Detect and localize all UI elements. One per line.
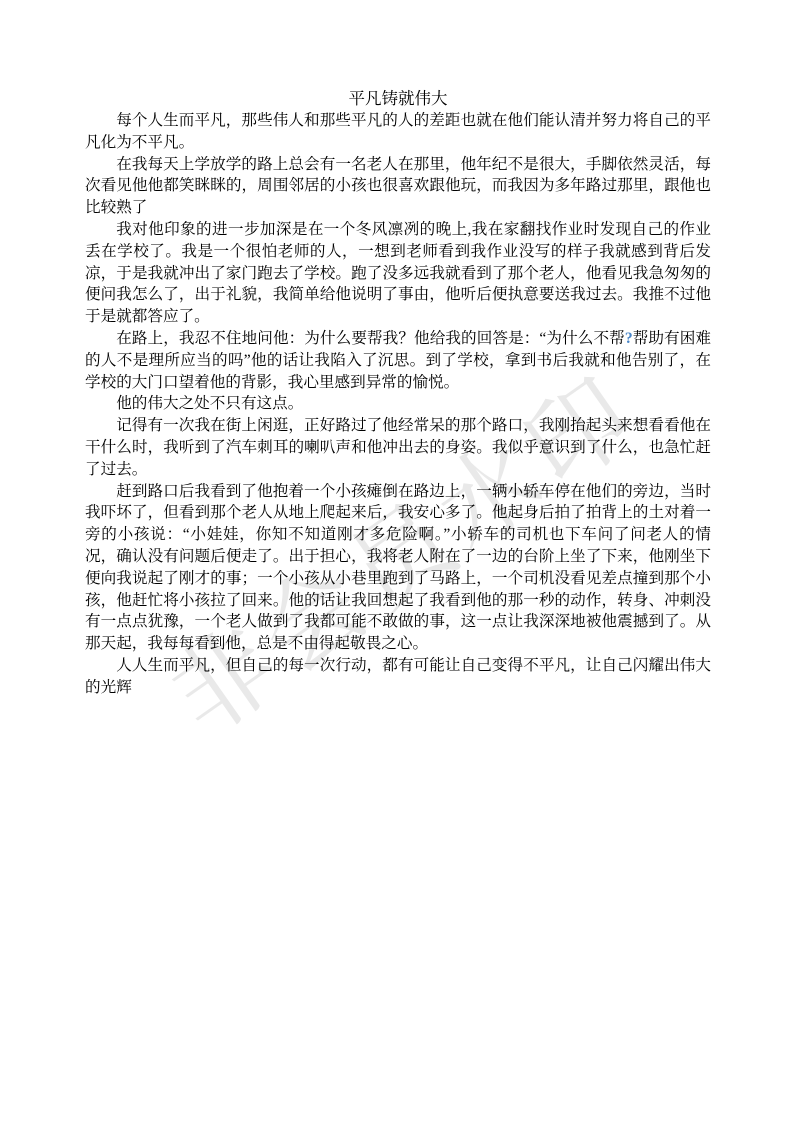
paragraph-2: 在我每天上学放学的路上总会有一名老人在那里，他年纪不是很大，手脚依然灵活，每次看… xyxy=(85,154,711,219)
highlighted-question-mark: ? xyxy=(625,330,633,347)
paragraph-7: 赶到路口后我看到了他抱着一个小孩瘫倒在路边上，一辆小轿车停在他们的旁边，当时我吓… xyxy=(85,481,711,655)
paragraph-8: 人人生而平凡，但自己的每一次行动，都有可能让自己变得不平凡，让自己闪耀出伟大的光… xyxy=(85,655,711,699)
document-page: 非会员水印 平凡铸就伟大 每个人生而平凡，那些伟人和那些平凡的人的差距也就在他们… xyxy=(0,0,793,1122)
paragraph-6: 记得有一次我在街上闲逛，正好路过了他经常呆的那个路口，我刚抬起头来想看看他在干什… xyxy=(85,415,711,480)
essay-content: 平凡铸就伟大 每个人生而平凡，那些伟人和那些平凡的人的差距也就在他们能认清并努力… xyxy=(85,88,711,699)
paragraph-3: 我对他印象的进一步加深是在一个冬风凛冽的晚上,我在家翻找作业时发现自己的作业丢在… xyxy=(85,219,711,328)
paragraph-4: 在路上，我忍不住地问他：为什么要帮我？他给我的回答是：“为什么不帮?帮助有困难的… xyxy=(85,328,711,393)
paragraph-4-text-before: 在路上，我忍不住地问他：为什么要帮我？他给我的回答是：“为什么不帮 xyxy=(116,330,625,347)
paragraph-1: 每个人生而平凡，那些伟人和那些平凡的人的差距也就在他们能认清并努力将自己的平凡化… xyxy=(85,110,711,154)
essay-title: 平凡铸就伟大 xyxy=(85,88,711,110)
paragraph-5: 他的伟大之处不只有这点。 xyxy=(85,393,711,415)
